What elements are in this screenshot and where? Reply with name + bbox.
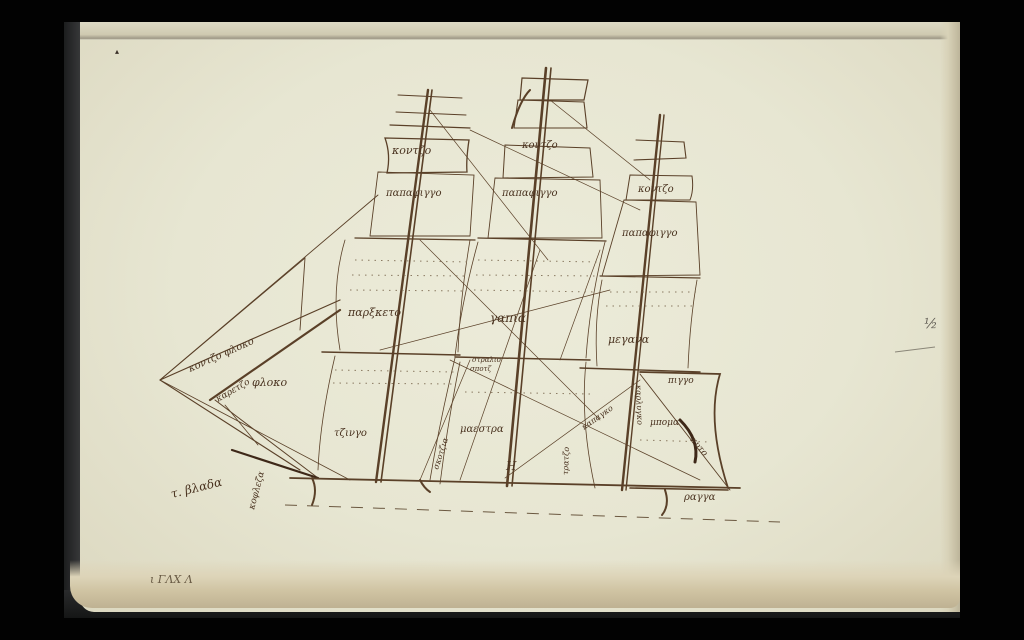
bottom-edge-marks: ι ΓΛΧ Λ xyxy=(150,573,193,586)
margin-mark: ½ xyxy=(924,316,938,332)
label-main-topsail: παπαφιγγο xyxy=(501,188,558,199)
label-inner-jib-b: φλοκο xyxy=(252,376,288,389)
label-main-topgallant: κοντζο xyxy=(521,140,558,151)
ship-drawing: κοντζο παπαφιγγο κοντζο παπαφιγγο κοντζο… xyxy=(0,0,1024,640)
mizzen-mast xyxy=(622,115,660,490)
label-staysail-left: σκοτζια xyxy=(431,436,450,471)
label-spanker-stay: κυτο xyxy=(687,435,710,459)
label-spanker: μπομα xyxy=(650,418,679,428)
label-stay-a: στραλιο xyxy=(472,356,501,364)
label-bowsprit: τ. βλαδα xyxy=(169,475,223,501)
label-spanker-gaff: πιγγο xyxy=(667,376,694,386)
label-hull-marker: H xyxy=(505,459,517,473)
label-fore-course: τζινγο xyxy=(334,428,367,439)
label-main-course: μαεστρα xyxy=(460,424,504,435)
label-fore-topsail: παπαφιγγο xyxy=(385,188,442,199)
label-staysail-mid: τρατζο xyxy=(561,446,571,475)
label-mizzen-topgallant: κοντζο xyxy=(637,184,674,195)
label-mizzen-topsail: παπαφιγγο xyxy=(621,228,678,239)
top-left-mark: ▴ xyxy=(115,47,119,56)
label-fore-course-upper: παρξκετο xyxy=(347,306,401,319)
label-bow-stay: κοφλεζα xyxy=(247,470,267,511)
label-stay-b: σποτζ xyxy=(470,365,492,373)
label-spanker-foot: ραγγα xyxy=(683,492,716,503)
label-mizzen-vertical: καρλυγκο xyxy=(634,384,644,426)
label-main-course-upper: γαπια xyxy=(490,311,526,325)
label-inner-jib-a: καρετζο xyxy=(214,377,253,405)
label-mizzen-course-upper: μεγανα xyxy=(608,333,650,346)
label-outer-jib: κοντζο φλοκο xyxy=(186,336,256,375)
label-fore-topgallant: κοντζο xyxy=(391,144,432,157)
main-mast xyxy=(507,68,546,486)
